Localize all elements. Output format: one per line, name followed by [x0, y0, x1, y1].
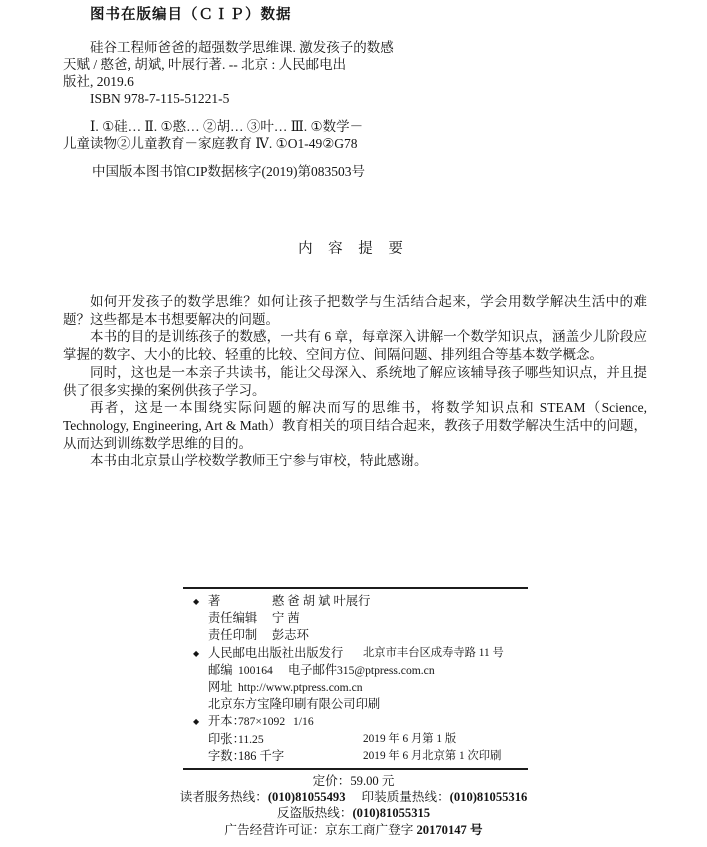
- piracy-hotline-label: 反盗版热线：: [277, 806, 353, 820]
- colophon-row-sheets: 印张： 11.25 2019 年 6 月第 1 版: [183, 731, 528, 748]
- license-number: 20170147 号: [416, 823, 482, 837]
- format-value: 787×1092: [238, 713, 285, 730]
- cip-class-line: Ⅰ. ①硅… Ⅱ. ①憨… ②胡… ③叶… Ⅲ. ①数学－: [63, 118, 638, 135]
- printer-name: 北京东方宝隆印刷有限公司印刷: [208, 696, 380, 713]
- summary-paragraph: 本书的目的是训练孩子的数感，一共有 6 章，每章深入讲解一个数学知识点，涵盖少儿…: [63, 328, 647, 363]
- cip-header: 图书在版编目（ＣＩＰ）数据: [90, 6, 638, 24]
- editor-label: 责任编辑: [208, 610, 257, 627]
- license-line: 广告经营许可证：京东工商广登字 20170147 号: [0, 822, 707, 838]
- colophon-row-contact: 邮编 100164 电子邮件 315@ptpress.com.cn: [183, 662, 528, 679]
- website-url: http://www.ptpress.com.cn: [238, 679, 363, 696]
- diamond-bullet-icon: ◆: [193, 713, 199, 730]
- summary-body: 如何开发孩子的数学思维？如何让孩子把数学与生活结合起来，学会用数学解决生活中的难…: [63, 293, 647, 470]
- website-label: 网址: [208, 679, 233, 696]
- cip-record: 硅谷工程师爸爸的超强数学思维课. 激发孩子的数感 天赋 / 憨爸, 胡斌, 叶展…: [63, 39, 638, 107]
- summary-title: 内 容 提 要: [0, 237, 707, 258]
- cip-record-line: 版社, 2019.6: [63, 73, 638, 90]
- email-address: 315@ptpress.com.cn: [337, 662, 435, 679]
- cip-isbn: ISBN 978-7-115-51221-5: [63, 90, 638, 107]
- license-text: 京东工商广登字: [325, 823, 416, 837]
- publisher-name: 人民邮电出版社出版发行: [208, 645, 343, 662]
- cip-classification: Ⅰ. ①硅… Ⅱ. ①憨… ②胡… ③叶… Ⅲ. ①数学－ 儿童读物②儿童教育－…: [63, 118, 638, 152]
- book-copyright-page: 图书在版编目（ＣＩＰ）数据 硅谷工程师爸爸的超强数学思维课. 激发孩子的数感 天…: [0, 0, 707, 847]
- colophon-row-editor: 责任编辑 宁 茜: [183, 610, 528, 627]
- email-label: 电子邮件: [288, 662, 337, 679]
- editor-name: 宁 茜: [272, 610, 300, 627]
- diamond-bullet-icon: ◆: [193, 645, 199, 662]
- hotline-line: 读者服务热线：(010)81055493印装质量热线：(010)81055316: [0, 789, 707, 805]
- reader-hotline-label: 读者服务热线：: [180, 790, 268, 804]
- edition-info: 2019 年 6 月第 1 版: [363, 731, 456, 748]
- price-line: 定价：59.00 元: [0, 773, 707, 789]
- summary-paragraph: 再者，这是一本围绕实际问题的解决而写的思维书，将数学知识点和 STEAM（Sci…: [63, 399, 647, 452]
- author-names: 憨 爸 胡 斌 叶展行: [272, 593, 370, 610]
- zip-label: 邮编: [208, 662, 233, 679]
- format-fraction: 1/16: [293, 713, 314, 730]
- cip-block: 图书在版编目（ＣＩＰ）数据 硅谷工程师爸爸的超强数学思维课. 激发孩子的数感 天…: [63, 6, 638, 180]
- colophon-row-words: 字数： 186 千字 2019 年 6 月北京第 1 次印刷: [183, 748, 528, 765]
- colophon-block: ◆ 著 憨 爸 胡 斌 叶展行 责任编辑 宁 茜 责任印制 彭志环 ◆ 人民邮电…: [183, 587, 528, 770]
- footer-block: 定价：59.00 元 读者服务热线：(010)81055493印装质量热线：(0…: [0, 773, 707, 838]
- cip-record-line: 天赋 / 憨爸, 胡斌, 叶展行著. -- 北京 : 人民邮电出: [63, 56, 638, 73]
- cip-class-line: 儿童读物②儿童教育－家庭教育 Ⅳ. ①O1-49②G78: [63, 135, 638, 152]
- colophon-row-format: ◆ 开本： 787×1092 1/16: [183, 713, 528, 730]
- author-label: 著: [208, 593, 220, 610]
- license-label: 广告经营许可证：: [224, 823, 325, 837]
- publisher-address: 北京市丰台区成寿寺路 11 号: [363, 645, 504, 662]
- summary-paragraph: 同时，这也是一本亲子共读书，能让父母深入、系统地了解应该辅导孩子哪些知识点，并且…: [63, 364, 647, 399]
- summary-paragraph: 如何开发孩子的数学思维？如何让孩子把数学与生活结合起来，学会用数学解决生活中的难…: [63, 293, 647, 328]
- piracy-hotline-number: (010)81055315: [352, 806, 430, 820]
- colophon-row-website: 网址 http://www.ptpress.com.cn: [183, 679, 528, 696]
- diamond-bullet-icon: ◆: [193, 593, 199, 610]
- cip-record-line: 硅谷工程师爸爸的超强数学思维课. 激发孩子的数感: [63, 39, 638, 56]
- colophon-row-publisher: ◆ 人民邮电出版社出版发行 北京市丰台区成寿寺路 11 号: [183, 645, 528, 662]
- print-editor-name: 彭志环: [272, 627, 309, 644]
- print-editor-label: 责任印制: [208, 627, 257, 644]
- quality-hotline-number: (010)81055316: [450, 790, 528, 804]
- colophon-row-print-editor: 责任印制 彭志环: [183, 627, 528, 644]
- cip-registry-number: 中国版本图书馆CIP数据核字(2019)第083503号: [63, 163, 638, 180]
- printing-info: 2019 年 6 月北京第 1 次印刷: [363, 748, 501, 765]
- colophon-row-printer: 北京东方宝隆印刷有限公司印刷: [183, 696, 528, 713]
- words-value: 186 千字: [238, 748, 284, 765]
- piracy-hotline-line: 反盗版热线：(010)81055315: [0, 805, 707, 821]
- zip-code: 100164: [238, 662, 273, 679]
- reader-hotline-number: (010)81055493: [268, 790, 346, 804]
- sheets-value: 11.25: [238, 731, 264, 748]
- quality-hotline-label: 印装质量热线：: [362, 790, 450, 804]
- colophon-row-author: ◆ 著 憨 爸 胡 斌 叶展行: [183, 593, 528, 610]
- summary-paragraph: 本书由北京景山学校数学教师王宁参与审校，特此感谢。: [63, 452, 647, 470]
